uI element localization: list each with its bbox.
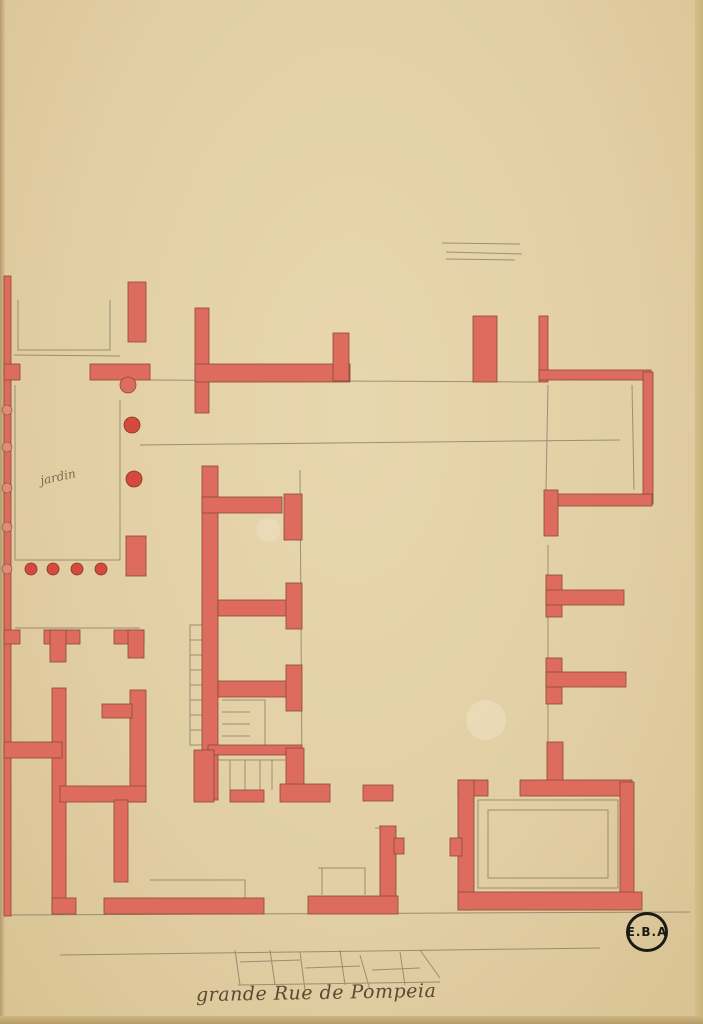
- street-caption: grande Rue de Pompeia: [196, 980, 437, 1006]
- walls: [4, 276, 653, 916]
- pencil-guides: [10, 243, 690, 990]
- floor-plan-drawing: [0, 0, 703, 1024]
- columns: [25, 417, 142, 575]
- eba-stamp: E.B.A: [626, 912, 668, 952]
